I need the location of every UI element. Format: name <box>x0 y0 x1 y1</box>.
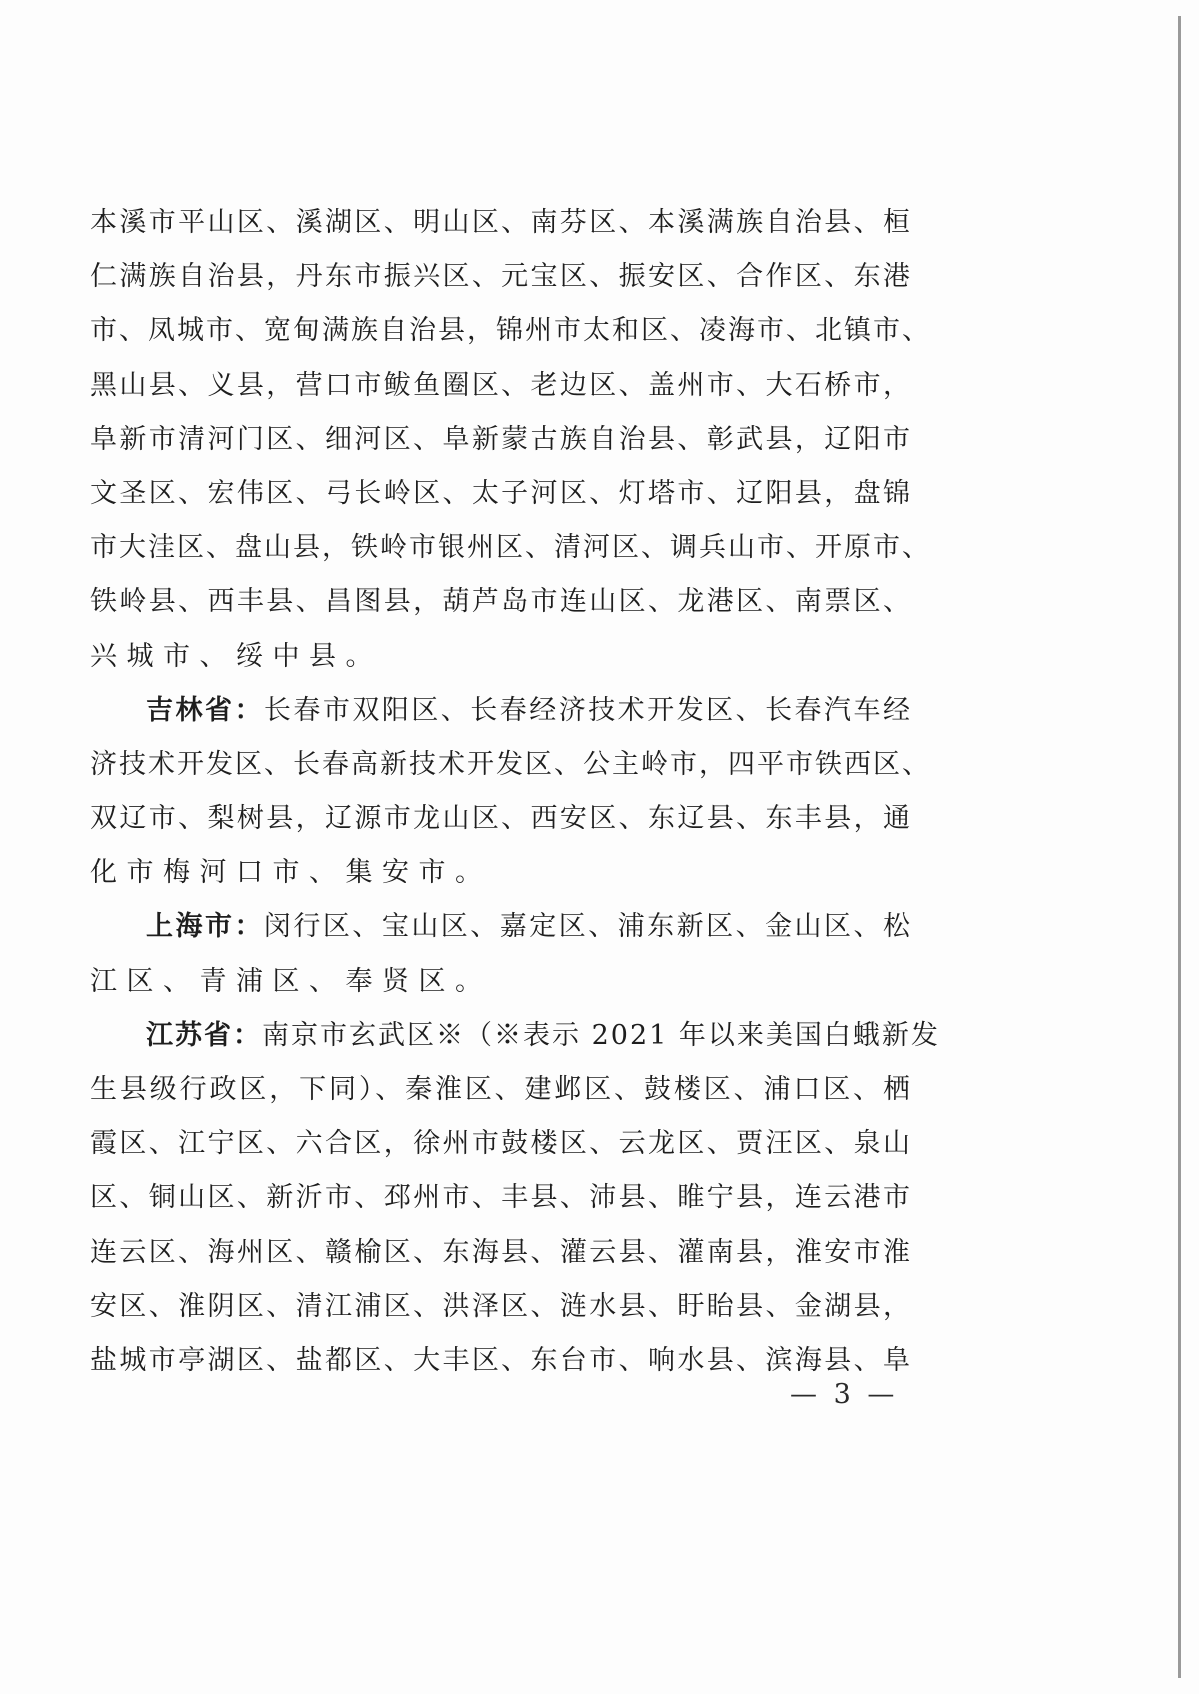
text-run: 长春市双阳区、长春经济技术开发区、长春汽车经 <box>264 695 912 726</box>
paragraph-shanghai: 上海市：闵行区、宝山区、嘉定区、浦东新区、金山区、松 江区、青浦区、奉贤区。 <box>90 900 912 1008</box>
document-page: 本溪市平山区、溪湖区、明山区、南芬区、本溪满族自治县、桓 仁满族自治县，丹东市振… <box>0 0 1199 1694</box>
page-number: — 3 — <box>790 1378 898 1412</box>
paragraph-jiangsu: 江苏省：南京市玄武区※（※表示 2021 年以来美国白蛾新发 生县级行政区，下同… <box>90 1009 912 1388</box>
text-line: 市大洼区、盘山县，铁岭市银州区、清河区、调兵山市、开原市、 <box>90 521 912 575</box>
text-line: 连云区、海州区、赣榆区、东海县、灌云县、灌南县，淮安市淮 <box>90 1226 912 1280</box>
text-line: 兴城市、绥中县。 <box>90 630 912 684</box>
province-label-shanghai: 上海市： <box>146 911 264 942</box>
text-line: 区、铜山区、新沂市、邳州市、丰县、沛县、睢宁县，连云港市 <box>90 1171 912 1225</box>
text-line: 阜新市清河门区、细河区、阜新蒙古族自治县、彰武县，辽阳市 <box>90 413 912 467</box>
text-line: 化市梅河口市、集安市。 <box>90 846 912 900</box>
document-body: 本溪市平山区、溪湖区、明山区、南芬区、本溪满族自治县、桓 仁满族自治县，丹东市振… <box>90 196 912 1388</box>
text-line: 上海市：闵行区、宝山区、嘉定区、浦东新区、金山区、松 <box>90 900 912 954</box>
province-label-jilin: 吉林省： <box>146 695 264 726</box>
text-line: 霞区、江宁区、六合区，徐州市鼓楼区、云龙区、贾汪区、泉山 <box>90 1117 912 1171</box>
scan-edge-line <box>1178 16 1181 1678</box>
text-run: 闵行区、宝山区、嘉定区、浦东新区、金山区、松 <box>264 911 912 942</box>
text-line: 吉林省：长春市双阳区、长春经济技术开发区、长春汽车经 <box>90 684 912 738</box>
text-line: 江苏省：南京市玄武区※（※表示 2021 年以来美国白蛾新发 <box>90 1009 912 1063</box>
paragraph-jilin: 吉林省：长春市双阳区、长春经济技术开发区、长春汽车经 济技术开发区、长春高新技术… <box>90 684 912 901</box>
paragraph-liaoning-continued: 本溪市平山区、溪湖区、明山区、南芬区、本溪满族自治县、桓 仁满族自治县，丹东市振… <box>90 196 912 684</box>
text-line: 铁岭县、西丰县、昌图县，葫芦岛市连山区、龙港区、南票区、 <box>90 575 912 629</box>
text-line: 盐城市亭湖区、盐都区、大丰区、东台市、响水县、滨海县、阜 <box>90 1334 912 1388</box>
text-line: 本溪市平山区、溪湖区、明山区、南芬区、本溪满族自治县、桓 <box>90 196 912 250</box>
text-line: 仁满族自治县，丹东市振兴区、元宝区、振安区、合作区、东港 <box>90 250 912 304</box>
text-line: 双辽市、梨树县，辽源市龙山区、西安区、东辽县、东丰县，通 <box>90 792 912 846</box>
text-line: 济技术开发区、长春高新技术开发区、公主岭市，四平市铁西区、 <box>90 738 912 792</box>
text-run: 南京市玄武区※（※表示 2021 年以来美国白蛾新发 <box>262 1020 940 1051</box>
text-line: 江区、青浦区、奉贤区。 <box>90 955 912 1009</box>
text-line: 生县级行政区，下同）、秦淮区、建邺区、鼓楼区、浦口区、栖 <box>90 1063 912 1117</box>
text-line: 市、凤城市、宽甸满族自治县，锦州市太和区、凌海市、北镇市、 <box>90 304 912 358</box>
province-label-jiangsu: 江苏省： <box>146 1020 262 1051</box>
text-line: 安区、淮阴区、清江浦区、洪泽区、涟水县、盱眙县、金湖县， <box>90 1280 912 1334</box>
text-line: 文圣区、宏伟区、弓长岭区、太子河区、灯塔市、辽阳县，盘锦 <box>90 467 912 521</box>
text-line: 黑山县、义县，营口市鲅鱼圈区、老边区、盖州市、大石桥市， <box>90 359 912 413</box>
